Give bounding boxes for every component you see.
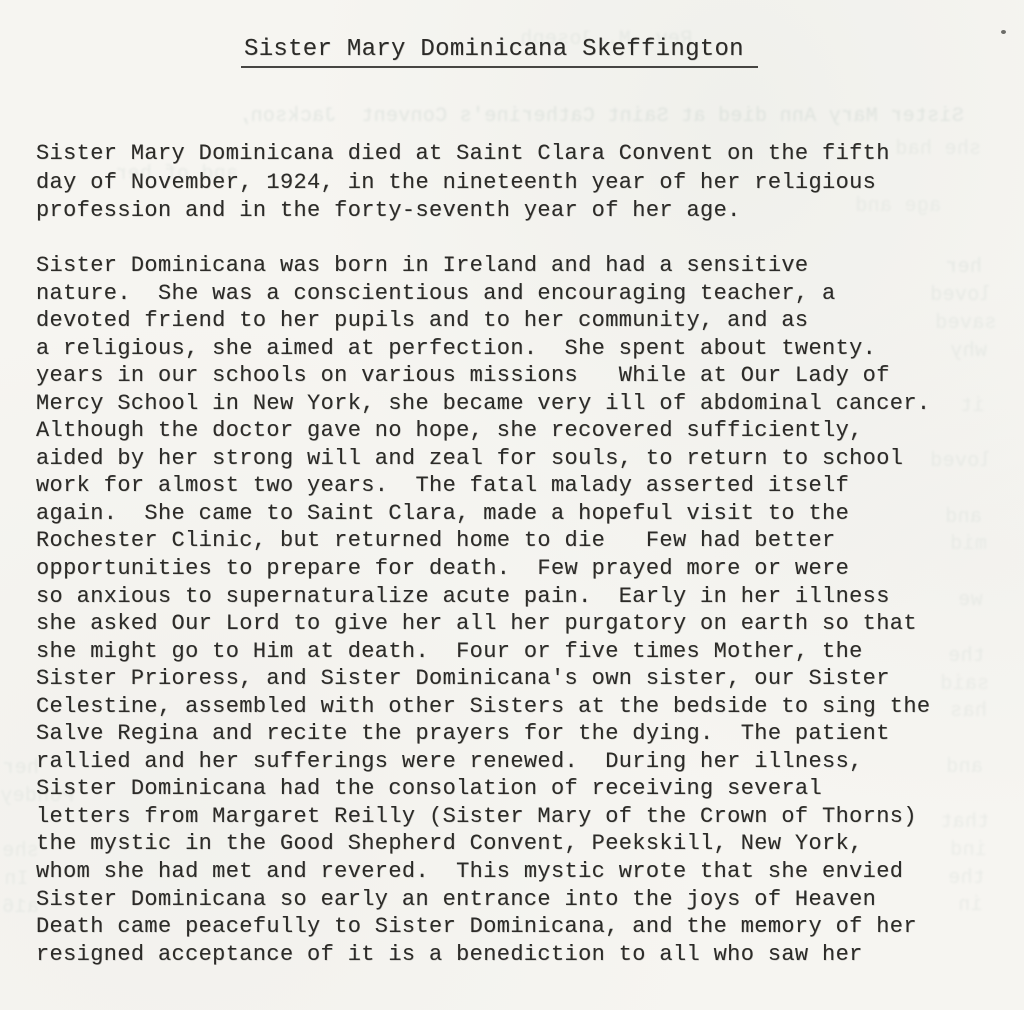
- bleed-through-fragment: why: [950, 340, 987, 363]
- text-line: Celestine, assembled with other Sisters …: [36, 693, 930, 721]
- bleed-through-fragment: we: [958, 589, 983, 612]
- bleed-through-fragment: in: [958, 894, 983, 917]
- text-line: she asked Our Lord to give her all her p…: [36, 610, 930, 638]
- text-line: resigned acceptance of it is a benedicti…: [36, 941, 930, 969]
- document-title: Sister Mary Dominicana Skeffington: [241, 36, 758, 68]
- text-line: the mystic in the Good Shepherd Convent,…: [36, 830, 930, 858]
- bleed-through-fragment: her: [945, 256, 982, 279]
- text-line: Death came peacefully to Sister Dominica…: [36, 913, 930, 941]
- text-line: whom she had met and revered. This mysti…: [36, 858, 930, 886]
- bleed-through-fragment: and: [945, 506, 982, 529]
- text-line: profession and in the forty-seventh year…: [36, 197, 890, 226]
- text-line: again. She came to Saint Clara, made a h…: [36, 500, 930, 528]
- text-line: Sister Dominicana so early an entrance i…: [36, 886, 930, 914]
- text-line: so anxious to supernaturalize acute pain…: [36, 583, 930, 611]
- bleed-through-fragment: a16: [2, 896, 39, 919]
- text-line: Sister Prioress, and Sister Dominicana's…: [36, 665, 930, 693]
- text-line: letters from Margaret Reilly (Sister Mar…: [36, 803, 930, 831]
- text-line: Sister Dominicana had the consolation of…: [36, 775, 930, 803]
- text-line: aided by her strong will and zeal for so…: [36, 445, 930, 473]
- bleed-through-fragment: has: [950, 700, 987, 723]
- text-line: devoted friend to her pupils and to her …: [36, 307, 930, 335]
- text-line: Salve Regina and recite the prayers for …: [36, 720, 930, 748]
- text-line: nature. She was a conscientious and enco…: [36, 280, 930, 308]
- text-line: years in our schools on various missions…: [36, 362, 930, 390]
- bleed-through-fragment: she: [2, 840, 39, 863]
- bleed-through-fragment: the: [948, 867, 985, 890]
- text-line: she might go to Him at death. Four or fi…: [36, 638, 930, 666]
- bleed-through-fragment: In: [4, 868, 29, 891]
- paper-speck: [1001, 30, 1006, 34]
- text-line: work for almost two years. The fatal mal…: [36, 472, 930, 500]
- bleed-through-fragment: loved: [930, 284, 992, 307]
- text-line: opportunities to prepare for death. Few …: [36, 555, 930, 583]
- bleed-through-fragment: mid: [950, 533, 987, 556]
- paragraph-obituary-body: Sister Dominicana was born in Ireland an…: [36, 252, 930, 968]
- text-line: Mercy School in New York, she became ver…: [36, 390, 930, 418]
- bleed-through-fragment: her: [2, 757, 39, 780]
- text-line: Sister Mary Dominicana died at Saint Cla…: [36, 140, 890, 169]
- text-line: a religious, she aimed at perfection. Sh…: [36, 335, 930, 363]
- bleed-through-fragment: the: [948, 645, 985, 668]
- text-line: day of November, 1924, in the nineteenth…: [36, 169, 890, 198]
- paragraph-obituary-intro: Sister Mary Dominicana died at Saint Cla…: [36, 140, 890, 226]
- bleed-through-fragment: loved: [930, 450, 992, 473]
- bleed-through-fragment: Sister Mary Ann died at Saint Catherine'…: [238, 105, 964, 128]
- text-line: Rochester Clinic, but returned home to d…: [36, 527, 930, 555]
- bleed-through-fragment: and: [946, 756, 983, 779]
- bleed-through-fragment: she had: [895, 138, 981, 161]
- bleed-through-fragment: saved: [935, 312, 997, 335]
- bleed-through-fragment: said: [940, 673, 989, 696]
- text-line: Sister Dominicana was born in Ireland an…: [36, 252, 930, 280]
- text-line: Although the doctor gave no hope, she re…: [36, 417, 930, 445]
- scanned-page: Rev. M. JosephSister Mary Ann died at Sa…: [0, 0, 1024, 1010]
- bleed-through-fragment: that: [940, 811, 989, 834]
- bleed-through-fragment: ind: [950, 839, 987, 862]
- bleed-through-fragment: it: [960, 395, 985, 418]
- text-line: rallied and her sufferings were renewed.…: [36, 748, 930, 776]
